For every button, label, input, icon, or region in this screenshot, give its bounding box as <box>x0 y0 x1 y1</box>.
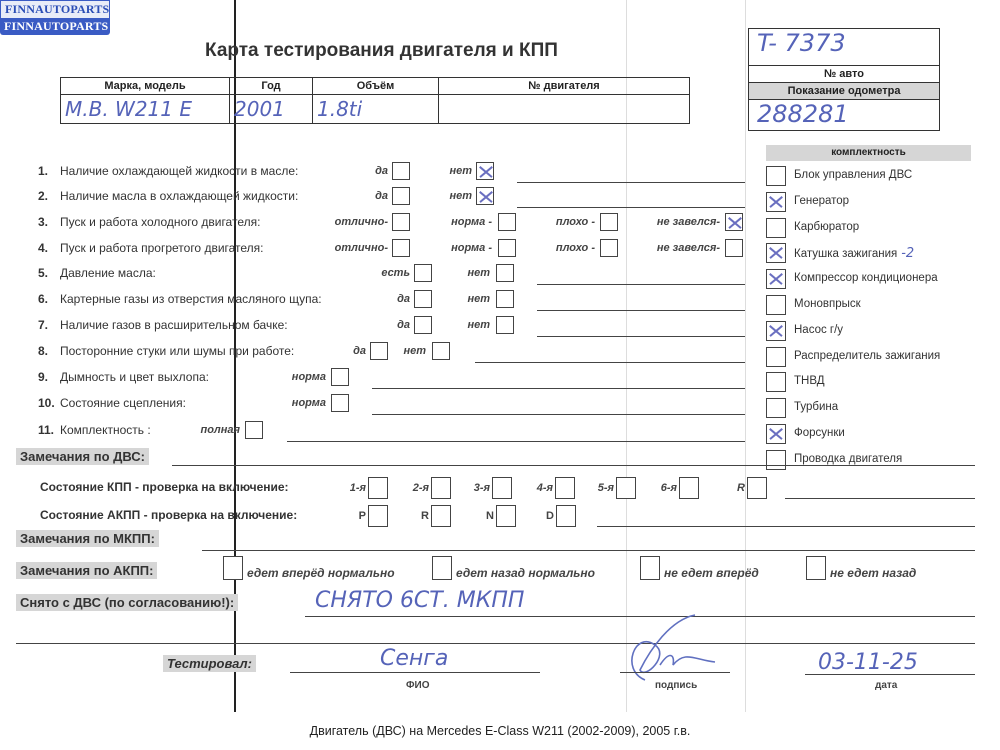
watermark-line2: FINNAUTOPARTS <box>0 18 110 35</box>
signature-caption: подпись <box>655 680 697 691</box>
remarks-mkpp-label: Замечания по МКПП: <box>16 530 159 547</box>
option-checkbox[interactable] <box>476 162 494 180</box>
scan-faint-line <box>745 0 746 712</box>
option-checkbox[interactable] <box>476 187 494 205</box>
option-checkbox[interactable] <box>331 368 349 386</box>
notes-line[interactable] <box>372 414 745 415</box>
engine-number-field[interactable] <box>439 95 690 124</box>
question-text: Наличие масла в охлаждающей жидкости: <box>60 189 298 203</box>
notes-line[interactable] <box>537 336 745 337</box>
option-label: да <box>353 345 366 357</box>
question-row: 11.Комплектность : <box>38 423 151 437</box>
completeness-header: комплектность <box>766 145 971 161</box>
option-checkbox[interactable] <box>414 264 432 282</box>
option-checkbox[interactable] <box>496 316 514 334</box>
notes-line[interactable] <box>517 182 745 183</box>
completeness-checkbox[interactable] <box>766 166 786 186</box>
question-number: 6. <box>38 292 60 306</box>
date-line <box>805 674 975 675</box>
car-number-label: № авто <box>749 66 939 83</box>
completeness-item-label: Компрессор кондиционера <box>794 272 938 284</box>
gear-label: R <box>737 482 745 494</box>
akpp-option-label: не едет вперёд <box>664 566 759 580</box>
date-caption: дата <box>875 680 897 691</box>
completeness-item-label: Катушка зажигания-2 <box>794 246 914 261</box>
option-checkbox[interactable] <box>496 264 514 282</box>
auto-position-checkbox[interactable] <box>556 505 576 527</box>
completeness-item-label: Карбюратор <box>794 221 859 233</box>
question-number: 10. <box>38 396 60 410</box>
completeness-item-label: ТНВД <box>794 375 825 387</box>
gear-checkbox[interactable] <box>368 477 388 499</box>
photo-caption: Двигатель (ДВС) на Mercedes E-Class W211… <box>0 724 1000 738</box>
question-number: 4. <box>38 241 60 255</box>
auto-position-label: R <box>421 510 429 522</box>
notes-line[interactable] <box>537 284 745 285</box>
auto-position-label: D <box>546 510 554 522</box>
col-volume: Объём <box>313 78 439 95</box>
removed-field[interactable]: СНЯТО 6СТ. МКПП <box>315 588 524 613</box>
option-label: нет <box>467 293 490 305</box>
odometer-field[interactable]: 288281 <box>749 100 939 130</box>
vehicle-header-table: Марка, модель Год Объём № двигателя M.B.… <box>60 77 690 124</box>
completeness-item-label: Турбина <box>794 401 838 413</box>
completeness-checkbox[interactable] <box>766 192 786 212</box>
question-text: Состояние сцепления: <box>60 396 186 410</box>
question-row: 4.Пуск и работа прогретого двигателя: <box>38 241 264 255</box>
gear-label: 4-я <box>537 482 553 494</box>
removed-line-2 <box>16 643 975 644</box>
remarks-dvs-line[interactable] <box>172 465 975 466</box>
completeness-checkbox[interactable] <box>766 243 786 263</box>
question-row: 1.Наличие охлаждающей жидкости в масле: <box>38 164 298 178</box>
auto-position-label: P <box>359 510 366 522</box>
signature-line <box>620 672 730 673</box>
auto-position-checkbox[interactable] <box>496 505 516 527</box>
question-text: Наличие газов в расширительном бачке: <box>60 318 288 332</box>
completeness-checkbox[interactable] <box>766 372 786 392</box>
completeness-checkbox[interactable] <box>766 321 786 341</box>
question-text: Комплектность : <box>60 423 151 437</box>
completeness-checkbox[interactable] <box>766 295 786 315</box>
question-text: Давление масла: <box>60 266 156 280</box>
completeness-item-label: Моновпрыск <box>794 298 861 310</box>
question-row: 10.Состояние сцепления: <box>38 396 186 410</box>
question-row: 2.Наличие масла в охлаждающей жидкости: <box>38 189 298 203</box>
option-label: есть <box>381 267 410 279</box>
option-checkbox[interactable] <box>414 316 432 334</box>
option-label: да <box>375 165 388 177</box>
option-checkbox[interactable] <box>600 239 618 257</box>
option-checkbox[interactable] <box>496 290 514 308</box>
option-checkbox[interactable] <box>725 213 743 231</box>
option-checkbox[interactable] <box>600 213 618 231</box>
option-label: да <box>375 190 388 202</box>
notes-line[interactable] <box>372 388 745 389</box>
tester-name-field[interactable]: Сенга <box>380 646 448 671</box>
notes-line[interactable] <box>287 441 745 442</box>
auto-position-checkbox[interactable] <box>431 505 451 527</box>
removed-label: Снято с ДВС (по согласованию!): <box>16 594 238 611</box>
gear-checkbox[interactable] <box>747 477 767 499</box>
completeness-checkbox[interactable] <box>766 450 786 470</box>
option-label: нет <box>449 190 472 202</box>
auto-gearbox-notes-line[interactable] <box>597 526 975 527</box>
akpp-option-checkbox[interactable] <box>640 556 660 580</box>
gear-checkbox[interactable] <box>431 477 451 499</box>
option-label: нет <box>467 267 490 279</box>
akpp-option-label: едет назад нормально <box>456 566 595 580</box>
question-row: 7.Наличие газов в расширительном бачке: <box>38 318 288 332</box>
akpp-option-checkbox[interactable] <box>806 556 826 580</box>
question-text: Пуск и работа прогретого двигателя: <box>60 241 264 255</box>
question-row: 9.Дымность и цвет выхлопа: <box>38 370 209 384</box>
question-row: 8.Посторонние стуки или шумы при работе: <box>38 344 294 358</box>
car-info-box: T- 7373 № авто Показание одометра 288281 <box>748 28 940 131</box>
make-model-field[interactable]: M.B. W211 E <box>61 95 230 124</box>
odometer-label: Показание одометра <box>749 83 939 100</box>
option-checkbox[interactable] <box>392 187 410 205</box>
question-number: 2. <box>38 189 60 203</box>
question-text: Пуск и работа холодного двигателя: <box>60 215 260 229</box>
gear-label: 2-я <box>413 482 429 494</box>
option-label: да <box>397 319 410 331</box>
auto-gearbox-label: Состояние АКПП - проверка на включение: <box>40 508 297 522</box>
option-checkbox[interactable] <box>414 290 432 308</box>
gear-checkbox[interactable] <box>679 477 699 499</box>
option-label: полная <box>200 424 240 436</box>
option-checkbox[interactable] <box>331 394 349 412</box>
question-row: 5.Давление масла: <box>38 266 156 280</box>
completeness-item-label: Форсунки <box>794 427 845 439</box>
gear-checkbox[interactable] <box>492 477 512 499</box>
completeness-checkbox[interactable] <box>766 347 786 367</box>
completeness-note: -2 <box>901 246 914 261</box>
gear-label: 6-я <box>661 482 677 494</box>
col-year: Год <box>230 78 313 95</box>
tester-name-line <box>290 672 540 673</box>
date-field[interactable]: 03-11-25 <box>818 650 918 675</box>
question-text: Посторонние стуки или шумы при работе: <box>60 344 294 358</box>
completeness-item-label: Проводка двигателя <box>794 453 902 465</box>
question-number: 8. <box>38 344 60 358</box>
question-number: 11. <box>38 423 60 437</box>
tested-label: Тестировал: <box>163 655 256 672</box>
completeness-checkbox[interactable] <box>766 424 786 444</box>
auto-position-label: N <box>486 510 494 522</box>
option-label: плохо - <box>556 216 595 228</box>
question-number: 5. <box>38 266 60 280</box>
gear-label: 1-я <box>350 482 366 494</box>
option-label: отлично- <box>335 242 388 254</box>
option-label: да <box>397 293 410 305</box>
remarks-mkpp-line[interactable] <box>202 550 975 551</box>
option-checkbox[interactable] <box>725 239 743 257</box>
completeness-item-label: Генератор <box>794 195 849 207</box>
gear-checkbox[interactable] <box>616 477 636 499</box>
signature-icon[interactable] <box>615 610 725 690</box>
option-checkbox[interactable] <box>370 342 388 360</box>
akpp-option-label: едет вперёд нормально <box>247 566 395 580</box>
option-label: норма - <box>451 242 492 254</box>
notes-line[interactable] <box>475 362 745 363</box>
option-label: отлично- <box>335 216 388 228</box>
volume-field[interactable]: 1.8ti <box>313 95 439 124</box>
completeness-item-label: Блок управления ДВС <box>794 169 912 181</box>
col-engine-number: № двигателя <box>439 78 690 95</box>
completeness-checkbox[interactable] <box>766 218 786 238</box>
option-checkbox[interactable] <box>392 162 410 180</box>
option-label: не завелся- <box>657 216 720 228</box>
option-checkbox[interactable] <box>498 213 516 231</box>
option-label: нет <box>467 319 490 331</box>
option-checkbox[interactable] <box>392 213 410 231</box>
gear-label: 3-я <box>474 482 490 494</box>
option-checkbox[interactable] <box>245 421 263 439</box>
option-label: норма - <box>451 216 492 228</box>
watermark-logo: FINNAUTOPARTS FINNAUTOPARTS <box>0 0 110 35</box>
remarks-dvs-label: Замечания по ДВС: <box>16 448 149 465</box>
question-number: 7. <box>38 318 60 332</box>
auto-position-checkbox[interactable] <box>368 505 388 527</box>
question-number: 9. <box>38 370 60 384</box>
question-number: 3. <box>38 215 60 229</box>
option-label: норма <box>292 397 326 409</box>
gear-checkbox[interactable] <box>555 477 575 499</box>
notes-line[interactable] <box>517 207 745 208</box>
completeness-checkbox[interactable] <box>766 398 786 418</box>
year-field[interactable]: 2001 <box>230 95 313 124</box>
option-label: нет <box>449 165 472 177</box>
manual-gearbox-notes-line[interactable] <box>785 498 975 499</box>
name-caption: ФИО <box>406 680 430 691</box>
manual-gearbox-label: Состояние КПП - проверка на включение: <box>40 480 289 494</box>
completeness-item-label: Насос г/у <box>794 324 843 336</box>
question-text: Дымность и цвет выхлопа: <box>60 370 209 384</box>
car-number-field[interactable]: T- 7373 <box>749 29 939 66</box>
gear-label: 5-я <box>598 482 614 494</box>
akpp-option-checkbox[interactable] <box>432 556 452 580</box>
remarks-akpp-label: Замечания по АКПП: <box>16 562 157 579</box>
akpp-option-label: не едет назад <box>830 566 916 580</box>
question-number: 1. <box>38 164 60 178</box>
question-text: Наличие охлаждающей жидкости в масле: <box>60 164 298 178</box>
question-row: 3.Пуск и работа холодного двигателя: <box>38 215 260 229</box>
option-label: не завелся- <box>657 242 720 254</box>
notes-line[interactable] <box>537 310 745 311</box>
completeness-checkbox[interactable] <box>766 269 786 289</box>
option-checkbox[interactable] <box>392 239 410 257</box>
option-checkbox[interactable] <box>498 239 516 257</box>
question-row: 6.Картерные газы из отверстия масляного … <box>38 292 322 306</box>
question-text: Картерные газы из отверстия масляного щу… <box>60 292 322 306</box>
akpp-option-checkbox[interactable] <box>223 556 243 580</box>
option-checkbox[interactable] <box>432 342 450 360</box>
completeness-item-label: Распределитель зажигания <box>794 350 940 362</box>
page-title: Карта тестирования двигателя и КПП <box>205 40 558 62</box>
option-label: плохо - <box>556 242 595 254</box>
option-label: норма <box>292 371 326 383</box>
col-make-model: Марка, модель <box>61 78 230 95</box>
watermark-line1: FINNAUTOPARTS <box>0 0 110 18</box>
option-label: нет <box>403 345 426 357</box>
